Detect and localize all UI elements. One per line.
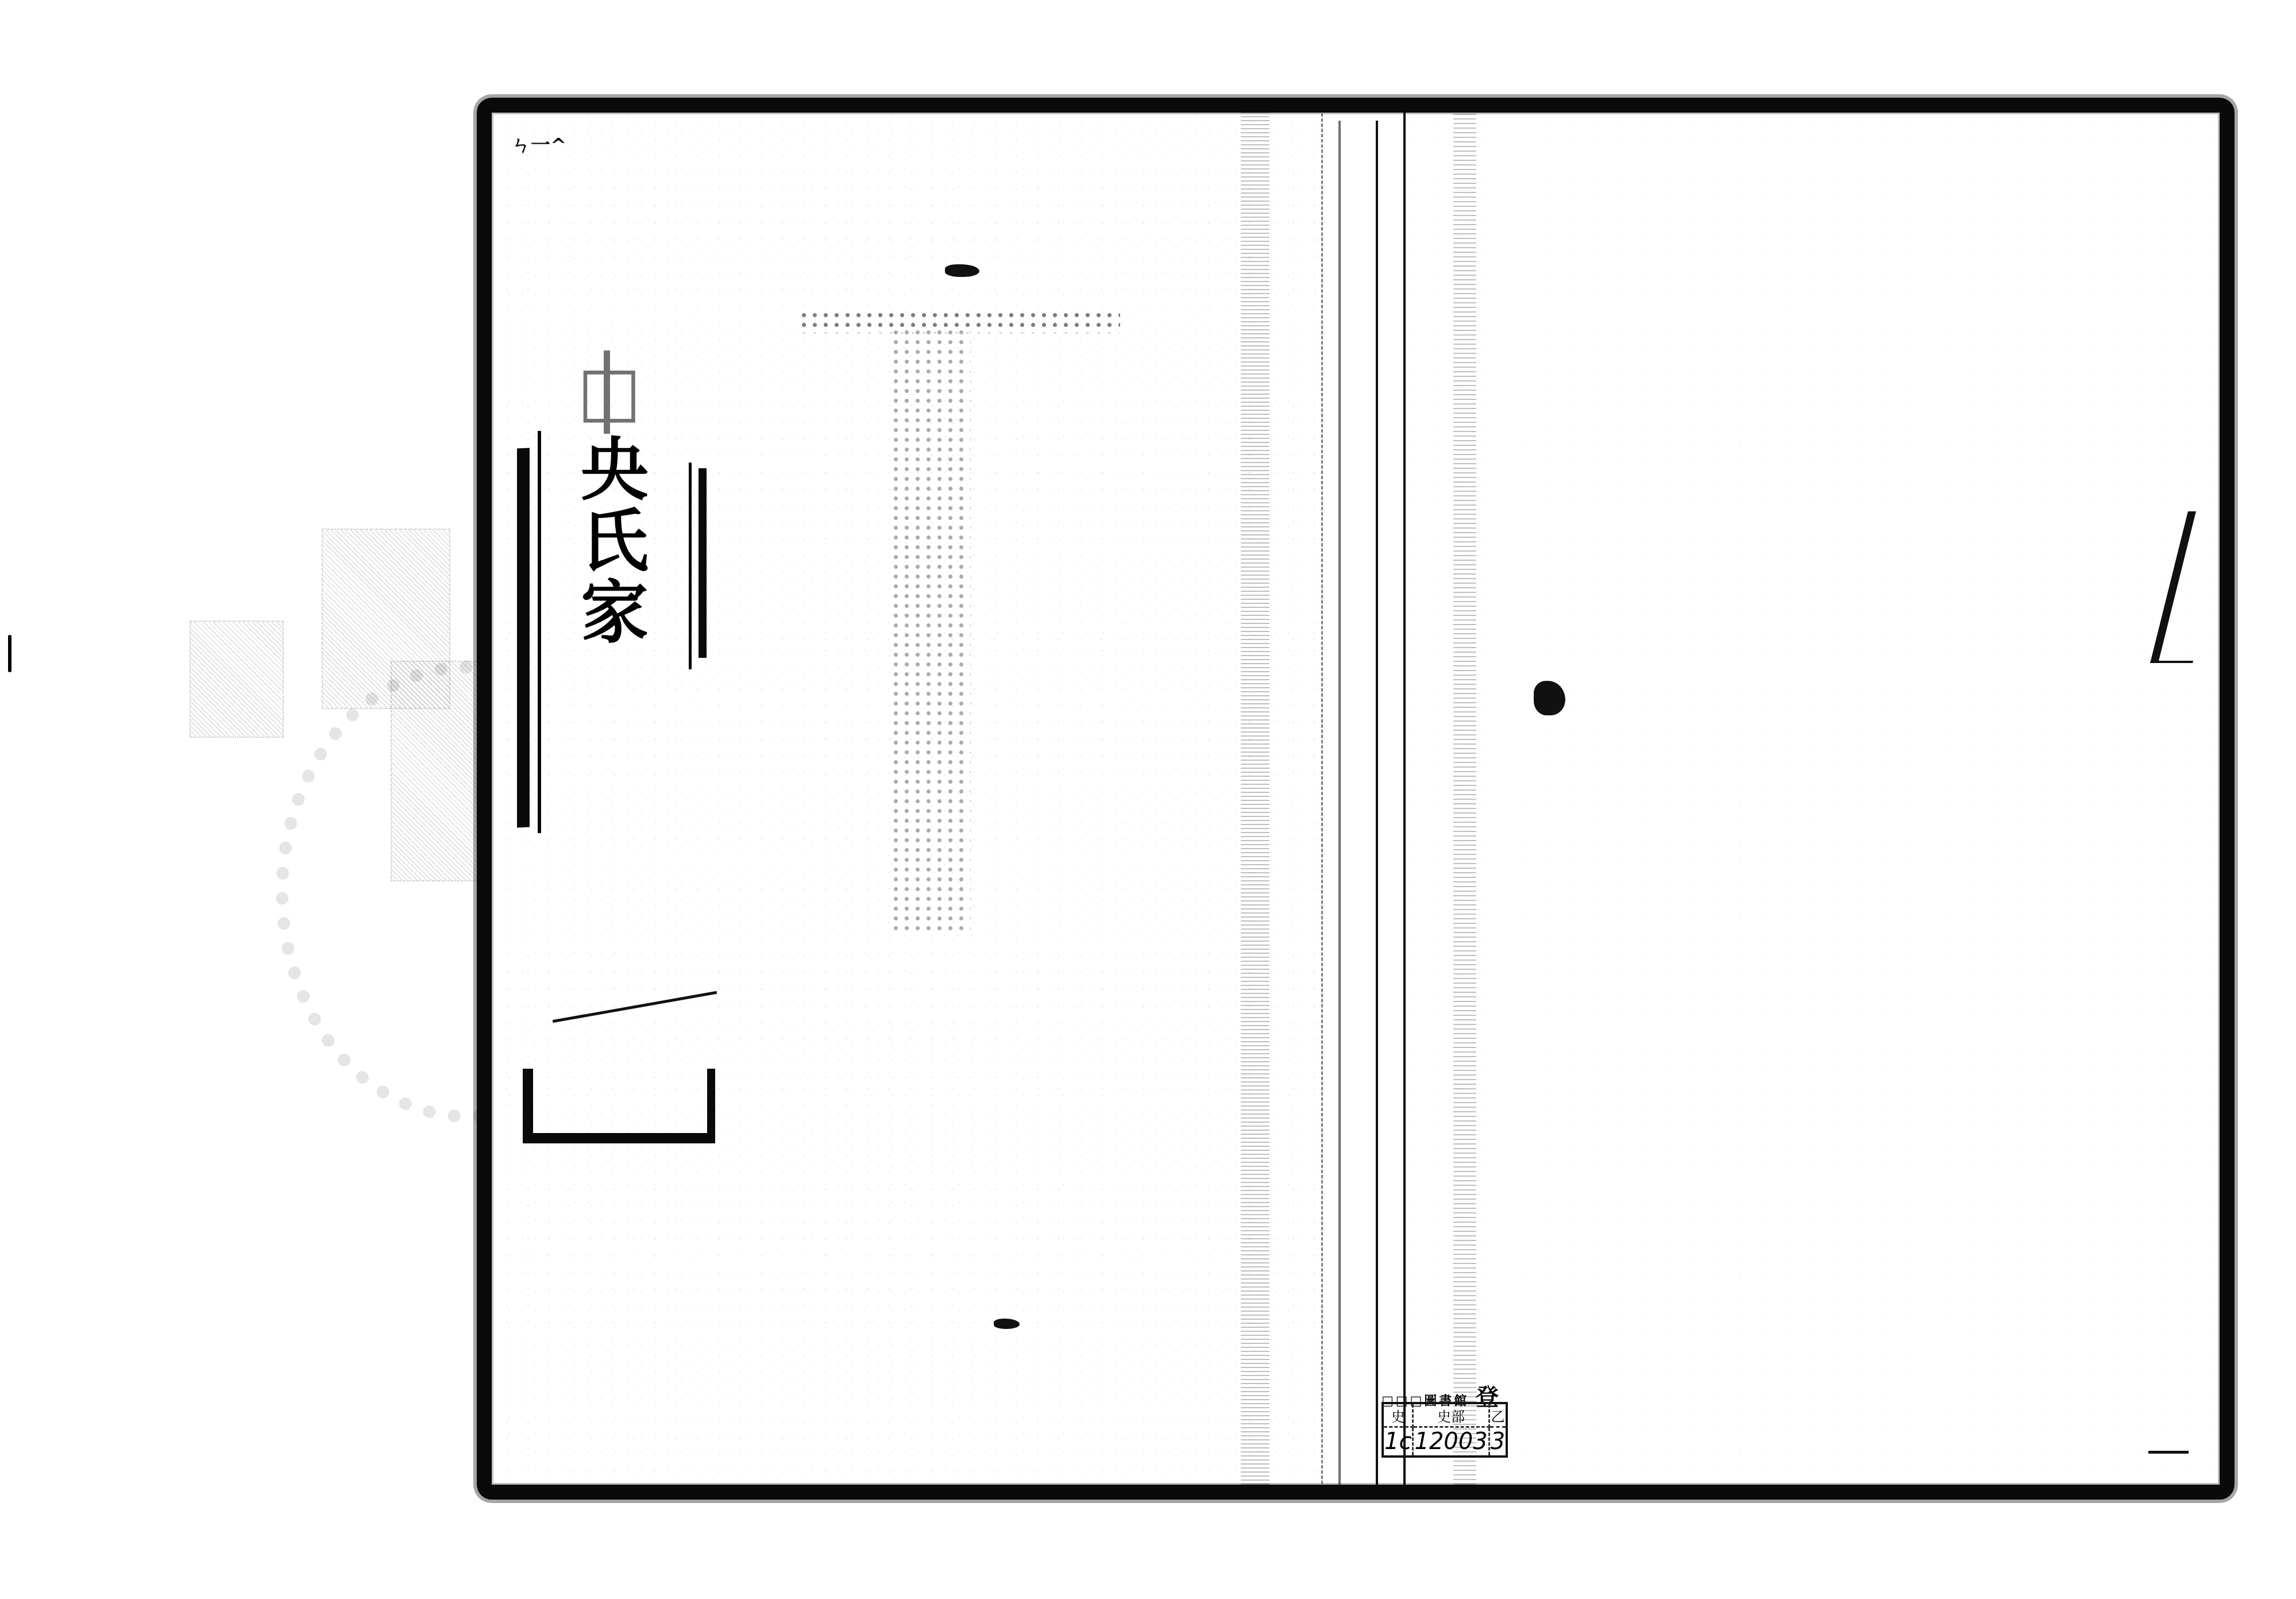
title-char: 氏	[569, 505, 649, 576]
label-cell: 3	[1489, 1427, 1507, 1457]
scan-page: ㄣ一^ □央氏家 □□□圖書館 登	[0, 0, 2296, 1599]
slip-border-right-inner	[689, 463, 692, 669]
label-cell: 史	[1383, 1403, 1413, 1427]
ghost-block	[190, 621, 284, 738]
slip-border-left	[517, 448, 530, 828]
title-char: 央	[569, 434, 649, 505]
slip-border-right	[699, 468, 707, 658]
corner-scribble	[2148, 1451, 2189, 1459]
cover-border	[477, 98, 2235, 1500]
ink-stain	[994, 1319, 1020, 1329]
stain-band	[890, 327, 971, 931]
label-cell: 12003	[1413, 1427, 1489, 1457]
title-char-damaged: □	[569, 350, 649, 434]
label-cell: 乙	[1489, 1403, 1507, 1427]
call-number-table: 史 史部 乙 1c 12003 3	[1382, 1402, 1508, 1458]
slip-border-left-inner	[538, 431, 541, 833]
corner-mark: ㄣ一^	[511, 129, 567, 157]
margin-tick	[8, 635, 11, 672]
book-title: □央氏家	[569, 350, 649, 648]
title-char: 家	[569, 576, 649, 648]
ink-stain	[945, 264, 979, 277]
label-cell: 1c	[1383, 1427, 1413, 1457]
open-book: ㄣ一^ □央氏家 □□□圖書館 登	[477, 98, 2235, 1500]
title-slip: □央氏家	[517, 350, 707, 787]
library-label: □□□圖書館 登 史 史部 乙 1c 12003 3	[1382, 1379, 1514, 1465]
slip-remnant-frame	[523, 1069, 715, 1143]
label-cell: 史部	[1413, 1403, 1489, 1427]
